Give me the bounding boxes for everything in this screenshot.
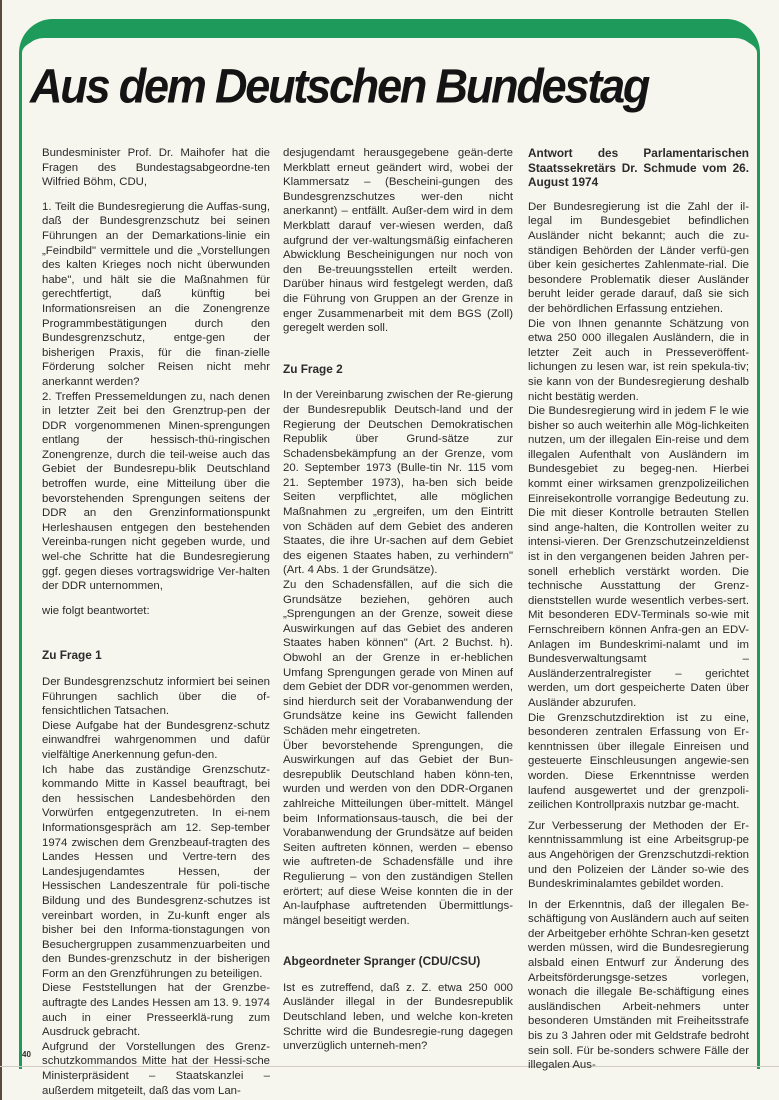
answer-paragraph: Zur Verbesserung der Methoden der Er-ken… [528, 819, 749, 892]
frage2-paragraph: In der Vereinbarung zwischen der Re-gier… [283, 388, 513, 578]
answer-paragraph: In der Erkenntnis, daß der illegalen Be-… [528, 898, 749, 1073]
column-1: Bundesminister Prof. Dr. Maihofer hat di… [42, 146, 270, 1098]
answer-paragraph: Die von Ihnen genannte Schätzung von etw… [528, 317, 749, 405]
question-2-text: 2. Treffen Pressemeldungen zu, nach dene… [42, 390, 270, 594]
page-number: 40 [22, 1050, 31, 1059]
heading-spranger: Abgeordneter Spranger (CDU/CSU) [283, 954, 513, 969]
answered-note: wie folgt beantwortet: [42, 604, 270, 619]
frage1-paragraph: Ich habe das zuständige Grenzschutz-komm… [42, 763, 270, 982]
page-title: Aus dem Deutschen Bundestag [30, 58, 648, 114]
heading-zu-frage-1: Zu Frage 1 [42, 648, 270, 663]
frage1-paragraph: Aufgrund der Vorstellungen des Grenz-sch… [42, 1040, 270, 1098]
intro-paragraph: Bundesminister Prof. Dr. Maihofer hat di… [42, 146, 270, 190]
frage1-continuation: desjugendamt herausgegebene geän-derte M… [283, 146, 513, 336]
answer-paragraph: Die Bundesregierung wird in jedem F le w… [528, 404, 749, 710]
column-2: desjugendamt herausgegebene geän-derte M… [283, 146, 513, 1054]
frage1-paragraph: Diese Feststellungen hat der Grenzbe-auf… [42, 981, 270, 1039]
frage2-paragraph: Zu den Schadensfällen, auf die sich die … [283, 578, 513, 739]
frage2-paragraph: Über bevorstehende Sprengungen, die Ausw… [283, 739, 513, 929]
frage1-paragraph: Diese Aufgabe hat der Bundesgrenz-schutz… [42, 719, 270, 763]
answer-paragraph: Die Grenzschutzdirektion ist zu eine, be… [528, 711, 749, 813]
answer-paragraph: Der Bundesregierung ist die Zahl der il-… [528, 200, 749, 317]
frage1-paragraph: Der Bundesgrenzschutz informiert bei sei… [42, 675, 270, 719]
spranger-question: Ist es zutreffend, daß z. Z. etwa 250 00… [283, 981, 513, 1054]
heading-zu-frage-2: Zu Frage 2 [283, 362, 513, 377]
column-3: Antwort des Parlamentarischen Staatssekr… [528, 146, 749, 1073]
page-edge [0, 0, 2, 1100]
heading-antwort: Antwort des Parlamentarischen Staatssekr… [528, 146, 749, 190]
question-1-text: 1. Teilt die Bundesregierung die Auffas-… [42, 200, 270, 390]
